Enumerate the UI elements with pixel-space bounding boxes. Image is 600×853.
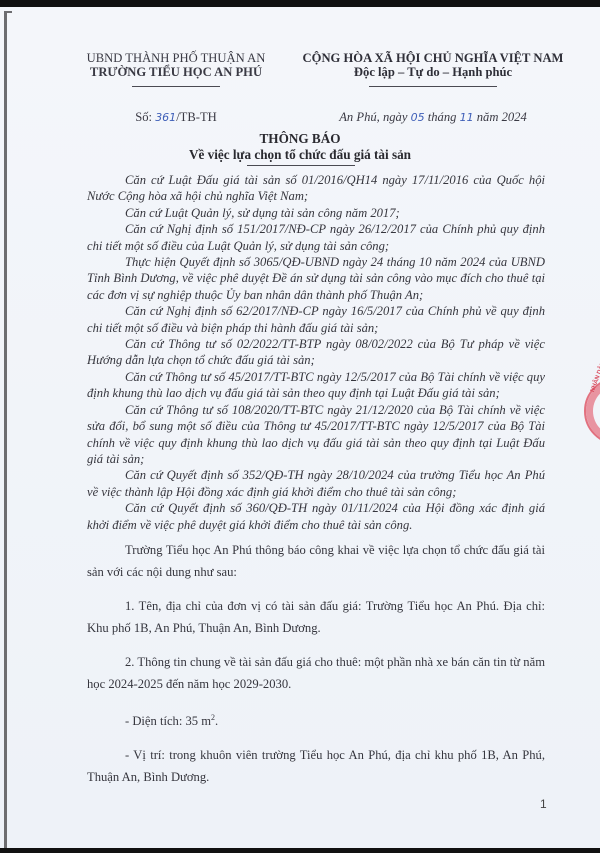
handwritten-month: 11 xyxy=(460,111,474,124)
handwritten-day: 05 xyxy=(411,111,425,124)
header-right-rule xyxy=(369,86,497,87)
date-prefix: An Phú, ngày xyxy=(339,110,410,124)
intro-paragraph: Trường Tiểu học An Phú thông báo công kh… xyxy=(87,539,545,583)
number-prefix: Số: xyxy=(135,110,155,124)
scanned-document-page: UBND THÀNH PHỐ THUẬN AN TRƯỜNG TIỂU HỌC … xyxy=(0,7,600,848)
page-number: 1 xyxy=(540,797,547,811)
legal-basis: Căn cứ Nghị định số 62/2017/NĐ-CP ngày 1… xyxy=(87,303,545,336)
header-left-rule xyxy=(132,86,220,87)
legal-basis: Căn cứ Quyết định số 360/QĐ-TH ngày 01/1… xyxy=(87,500,545,533)
handwritten-number: 361 xyxy=(155,111,176,124)
legal-basis: Căn cứ Thông tư số 02/2022/TT-BTP ngày 0… xyxy=(87,336,545,369)
national-header: CỘNG HÒA XÃ HỘI CHỦ NGHĨA VIỆT NAM Độc l… xyxy=(282,51,584,87)
legal-basis: Căn cứ Thông tư số 45/2017/TT-BTC ngày 1… xyxy=(87,369,545,402)
item-1: 1. Tên, địa chỉ của đơn vị có tài sản đấ… xyxy=(87,595,545,639)
number-suffix: /TB-TH xyxy=(176,110,217,124)
legal-basis: Căn cứ Thông tư số 108/2020/TT-BTC ngày … xyxy=(87,402,545,468)
organization-name: TRƯỜNG TIỂU HỌC AN PHÚ xyxy=(76,65,276,79)
area-text: - Diện tích: 35 m xyxy=(125,714,211,728)
area-suffix: . xyxy=(215,714,218,728)
subtitle-rule xyxy=(247,165,355,166)
item-2: 2. Thông tin chung về tài sản đấu giá ch… xyxy=(87,651,545,695)
location-line: - Vị trí: trong khuôn viên trường Tiểu h… xyxy=(87,744,545,788)
legal-basis: Căn cứ Quyết định số 352/QĐ-TH ngày 28/1… xyxy=(87,467,545,500)
nation-name: CỘNG HÒA XÃ HỘI CHỦ NGHĨA VIỆT NAM xyxy=(282,51,584,65)
area-line: - Diện tích: 35 m2. xyxy=(87,707,545,732)
year-text: năm 2024 xyxy=(474,110,527,124)
scan-edge-corner xyxy=(4,11,12,13)
legal-basis: Căn cứ Luật Đấu giá tài sản số 01/2016/Q… xyxy=(87,172,545,205)
document-title: THÔNG BÁO xyxy=(0,131,600,147)
legal-basis: Căn cứ Luật Quản lý, sử dụng tài sản côn… xyxy=(87,205,545,221)
national-motto: Độc lập – Tự do – Hạnh phúc xyxy=(282,65,584,79)
authority-name: UBND THÀNH PHỐ THUẬN AN xyxy=(76,51,276,65)
document-subtitle: Về việc lựa chọn tổ chức đấu giá tài sản xyxy=(0,147,600,163)
month-label: tháng xyxy=(425,110,460,124)
issuer-header: UBND THÀNH PHỐ THUẬN AN TRƯỜNG TIỂU HỌC … xyxy=(76,51,276,87)
document-date: An Phú, ngày 05 tháng 11 năm 2024 xyxy=(282,110,584,125)
document-body: Căn cứ Luật Đấu giá tài sản số 01/2016/Q… xyxy=(87,172,545,788)
legal-basis: Căn cứ Nghị định số 151/2017/NĐ-CP ngày … xyxy=(87,221,545,254)
document-number: Số: 361/TB-TH xyxy=(76,110,276,125)
legal-basis: Thực hiện Quyết định số 3065/QĐ-UBND ngà… xyxy=(87,254,545,303)
